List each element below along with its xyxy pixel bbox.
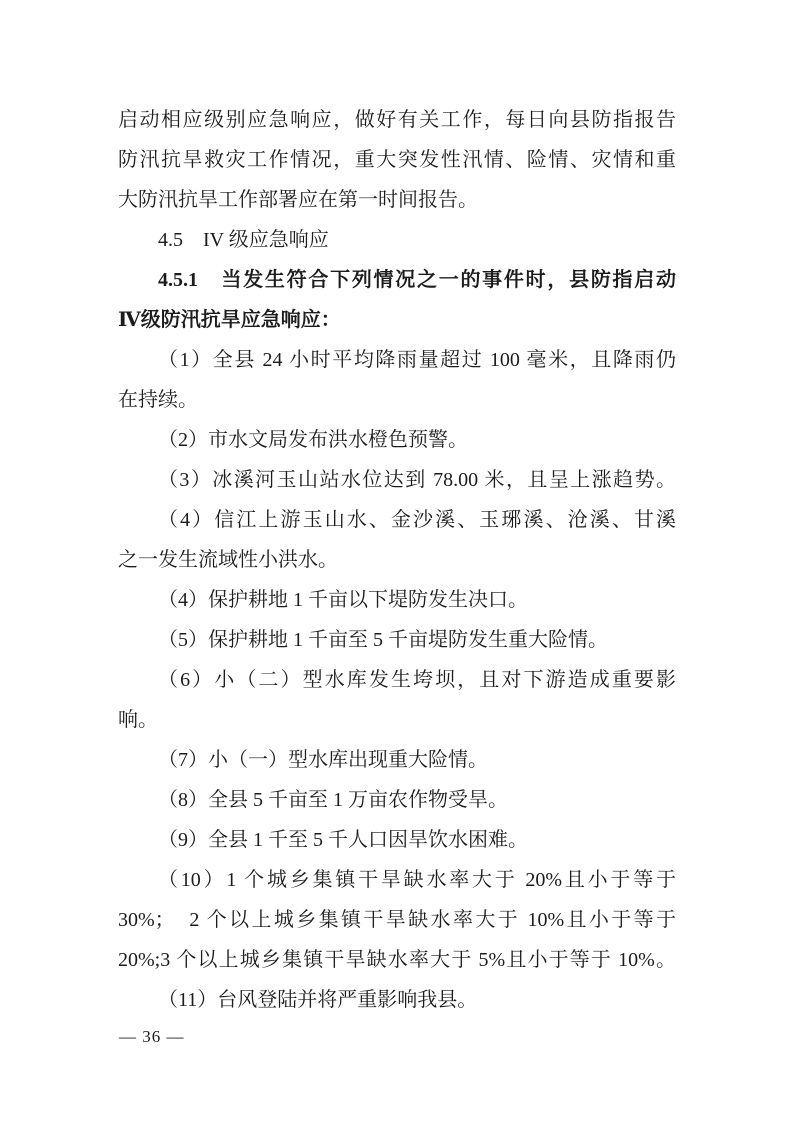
list-item-4-rivers-line-1: （4）信江上游玉山水、金沙溪、玉琊溪、沧溪、甘溪 — [118, 500, 676, 540]
list-item-4-rivers-line-2: 之一发生流域性小洪水。 — [118, 540, 676, 580]
list-item-10-line-3: 20%;3 个以上城乡集镇干旱缺水率大于 5%且小于等于 10%。 — [118, 940, 676, 980]
list-item-5: （5）保护耕地 1 千亩至 5 千亩堤防发生重大险情。 — [118, 620, 676, 660]
list-item-1-line-1: （1）全县 24 小时平均降雨量超过 100 毫米，且降雨仍 — [118, 340, 676, 380]
section-4-5-1-heading-line-1: 4.5.1 当发生符合下列情况之一的事件时，县防指启动 — [118, 260, 676, 300]
list-item-8: （8）全县 5 千亩至 1 万亩农作物受旱。 — [118, 780, 676, 820]
list-item-6-line-1: （6）小（二）型水库发生垮坝，且对下游造成重要影 — [118, 660, 676, 700]
section-4-5-heading: 4.5 IV 级应急响应 — [118, 220, 676, 260]
section-4-5-1-heading-line-2: Ⅳ级防汛抗旱应急响应： — [118, 300, 676, 340]
page-number: — 36 — — [119, 1022, 185, 1052]
document-page: 启动相应级别应急响应，做好有关工作，每日向县防指报告 防汛抗旱救灾工作情况，重大… — [0, 0, 793, 1122]
list-item-11: （11）台风登陆并将严重影响我县。 — [118, 980, 676, 1020]
list-item-1-line-2: 在持续。 — [118, 380, 676, 420]
list-item-10-line-2: 30%； 2 个以上城乡集镇干旱缺水率大于 10%且小于等于 — [118, 900, 676, 940]
text-column: 启动相应级别应急响应，做好有关工作，每日向县防指报告 防汛抗旱救灾工作情况，重大… — [118, 100, 676, 1020]
paragraph-last-line: 大防汛抗旱工作部署应在第一时间报告。 — [118, 180, 676, 220]
list-item-6-line-2: 响。 — [118, 700, 676, 740]
list-item-4-dike: （4）保护耕地 1 千亩以下堤防发生决口。 — [118, 580, 676, 620]
paragraph-continuation-line: 启动相应级别应急响应，做好有关工作，每日向县防指报告 — [118, 100, 676, 140]
list-item-9: （9）全县 1 千至 5 千人口因旱饮水困难。 — [118, 820, 676, 860]
list-item-2: （2）市水文局发布洪水橙色预警。 — [118, 420, 676, 460]
paragraph-continuation-line: 防汛抗旱救灾工作情况，重大突发性汛情、险情、灾情和重 — [118, 140, 676, 180]
list-item-7: （7）小（一）型水库出现重大险情。 — [118, 740, 676, 780]
list-item-3: （3）冰溪河玉山站水位达到 78.00 米，且呈上涨趋势。 — [118, 460, 676, 500]
list-item-10-line-1: （10）1 个城乡集镇干旱缺水率大于 20%且小于等于 — [118, 860, 676, 900]
